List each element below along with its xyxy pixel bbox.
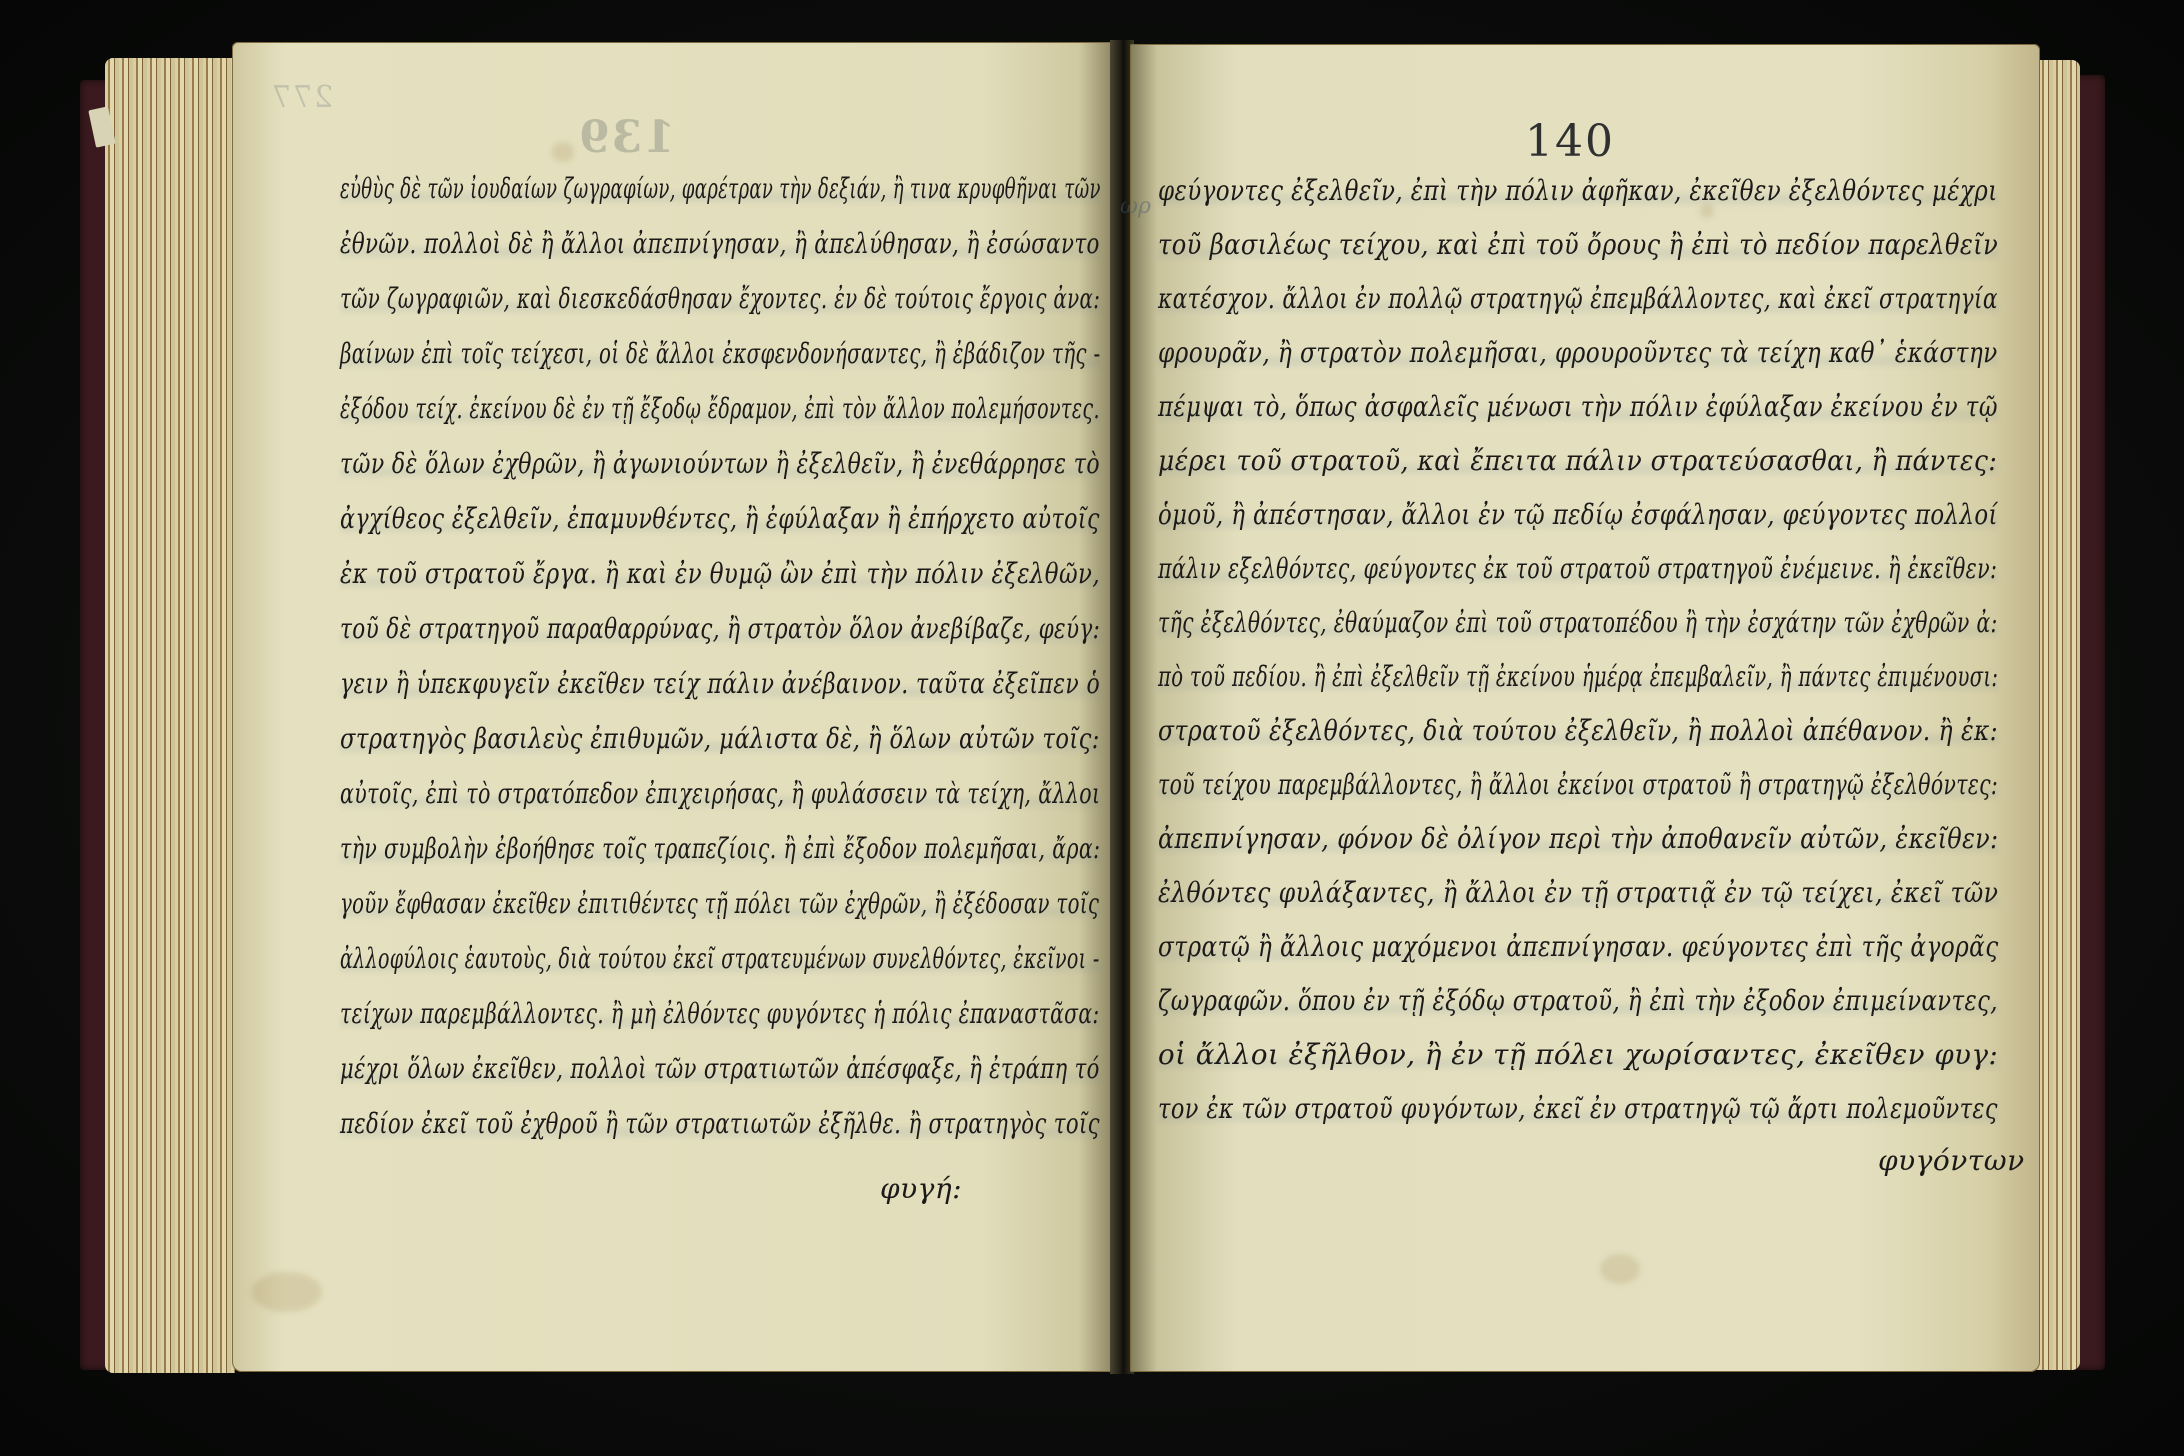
- manuscript-line: μέχρι ὅλων ἐκεῖθεν, πολλοὶ τῶν στρατιωτῶ…: [340, 1052, 1100, 1085]
- manuscript-line: πέμψαι τὸ, ὅπως ἀσφαλεῖς μένωσι τὴν πόλι…: [1158, 390, 1998, 423]
- manuscript-line: πάλιν εξελθόντες, φεύγοντες ἐκ τοῦ στρατ…: [1158, 552, 1997, 585]
- manuscript-line: οἱ ἄλλοι ἐξῆλθον, ἢ ἐν τῇ πόλει χωρίσαντ…: [1158, 1038, 1998, 1071]
- manuscript-line: ἐλθόντες φυλάξαντες, ἢ ἄλλοι ἐν τῇ στρατ…: [1158, 876, 1998, 909]
- foxing-stain: [252, 1272, 322, 1312]
- manuscript-line: στρατοῦ ἐξελθόντες, διὰ τούτου ἐξελθεῖν,…: [1158, 714, 1998, 747]
- manuscript-line: τοῦ τείχου παρεμβάλλοντες, ἢ ἄλλοι ἐκείν…: [1158, 768, 1998, 801]
- right-page-text-block: φεύγοντες ἐξελθεῖν, ἐπὶ τὴν πόλιν ἀφῆκαν…: [1158, 174, 1998, 1274]
- manuscript-line: ἐθνῶν. πολλοὶ δὲ ἢ ἄλλοι ἀπεπνίγησαν, ἢ …: [340, 227, 1100, 260]
- page-edges-left: [105, 58, 235, 1373]
- manuscript-line: τον ἐκ τῶν στρατοῦ φυγόντων, ἐκεῖ ἐν στρ…: [1158, 1092, 1998, 1125]
- manuscript-line: ἀπεπνίγησαν, φόνον δὲ ὀλίγον περὶ τὴν ἀπ…: [1158, 822, 1999, 855]
- manuscript-line: τῆς ἐξελθόντες, ἐθαύμαζον ἐπὶ τοῦ στρατο…: [1158, 606, 1998, 639]
- manuscript-line: μέρει τοῦ στρατοῦ, καὶ ἔπειτα πάλιν στρα…: [1158, 444, 1997, 477]
- manuscript-line: τείχων παρεμβάλλοντες. ἢ μὴ ἐλθόντες φυγ…: [340, 997, 1100, 1030]
- manuscript-line: βαίνων ἐπὶ τοῖς τείχεσι, οἱ δὲ ἄλλοι ἐκσ…: [340, 337, 1101, 370]
- foxing-stain: [552, 142, 574, 162]
- manuscript-line: πὸ τοῦ πεδίου. ἢ ἐπὶ ἐξελθεῖν τῇ ἐκείνου…: [1158, 660, 1998, 693]
- manuscript-line: ἐξόδου τείχ. ἐκείνου δὲ ἐν τῇ ἔξοδῳ ἔδρα…: [340, 392, 1100, 425]
- manuscript-line: στρατηγὸς βασιλεὺς ἐπιθυμῶν, μάλιστα δὲ,…: [340, 722, 1100, 755]
- left-page: 277 139 εὐθὺς δὲ τῶν ἰουδαίων ζωγραφίων,…: [232, 42, 1114, 1372]
- manuscript-line: ζωγραφῶν. ὅπου ἐν τῇ ἐξόδῳ στρατοῦ, ἢ ἐπ…: [1158, 984, 1998, 1017]
- manuscript-line-catchword: φυγόντων: [1878, 1144, 2025, 1177]
- manuscript-line: στρατῷ ἢ ἄλλοις μαχόμενοι ἀπεπνίγησαν. φ…: [1158, 930, 1999, 963]
- manuscript-line: τῶν δὲ ὅλων ἐχθρῶν, ἢ ἀγωνιούντων ἢ ἐξελ…: [340, 447, 1100, 480]
- manuscript-line: εὐθὺς δὲ τῶν ἰουδαίων ζωγραφίων, φαρέτρα…: [340, 172, 1101, 205]
- manuscript-line: ἐκ τοῦ στρατοῦ ἔργα. ἢ καὶ ἐν θυμῷ ὢν ἐπ…: [340, 557, 1100, 590]
- manuscript-line: τοῦ βασιλέως τείχου, καὶ ἐπὶ τοῦ ὄρους ἢ…: [1158, 228, 1998, 261]
- margin-note: ωρ: [1120, 194, 1151, 219]
- manuscript-line: φρουρᾶν, ἢ στρατὸν πολεμῆσαι, φρουροῦντε…: [1158, 336, 1998, 369]
- folio-number-show-through: 139: [577, 112, 675, 163]
- manuscript-line: γειν ἢ ὑπεκφυγεῖν ἐκεῖθεν τείχ πάλιν ἀνέ…: [340, 667, 1100, 700]
- right-page: 140 ωρ φεύγοντες ἐξελθεῖν, ἐπὶ τὴν πόλιν…: [1130, 44, 2040, 1372]
- manuscript-line: κατέσχον. ἄλλοι ἐν πολλῷ στρατηγῷ ἐπεμβά…: [1158, 282, 1998, 315]
- manuscript-line: τῶν ζωγραφιῶν, καὶ διεσκεδάσθησαν ἔχοντε…: [340, 282, 1100, 315]
- folio-number: 140: [1525, 116, 1615, 167]
- manuscript-line: γοῦν ἔφθασαν ἐκεῖθεν ἐπιτιθέντες τῇ πόλε…: [340, 887, 1099, 920]
- manuscript-line: ἀλλοφύλοις ἑαυτοὺς, διὰ τούτου ἐκεῖ στρα…: [340, 942, 1100, 975]
- manuscript-line-final: φυγή:: [880, 1172, 962, 1205]
- manuscript-line: αὐτοῖς, ἐπὶ τὸ στρατόπεδον ἐπιχειρήσας, …: [340, 777, 1100, 810]
- manuscript-line: ὁμοῦ, ἢ ἀπέστησαν, ἄλλοι ἐν τῷ πεδίῳ ἐσφ…: [1158, 498, 1998, 531]
- pencil-number-show-through: 277: [270, 80, 333, 115]
- manuscript-line: φεύγοντες ἐξελθεῖν, ἐπὶ τὴν πόλιν ἀφῆκαν…: [1158, 174, 1998, 207]
- left-page-text-block: εὐθὺς δὲ τῶν ἰουδαίων ζωγραφίων, φαρέτρα…: [340, 172, 1100, 1272]
- manuscript-line: πεδίον ἐκεῖ τοῦ ἐχθροῦ ἢ τῶν στρατιωτῶν …: [340, 1107, 1100, 1140]
- manuscript-line: τὴν συμβολὴν ἐβοήθησε τοῖς τραπεζίοις. ἢ…: [340, 832, 1100, 865]
- manuscript-line: ἀγχίθεος ἐξελθεῖν, ἐπαμυνθέντες, ἢ ἐφύλα…: [340, 502, 1100, 535]
- manuscript-line: τοῦ δὲ στρατηγοῦ παραθαρρύνας, ἢ στρατὸν…: [340, 612, 1100, 645]
